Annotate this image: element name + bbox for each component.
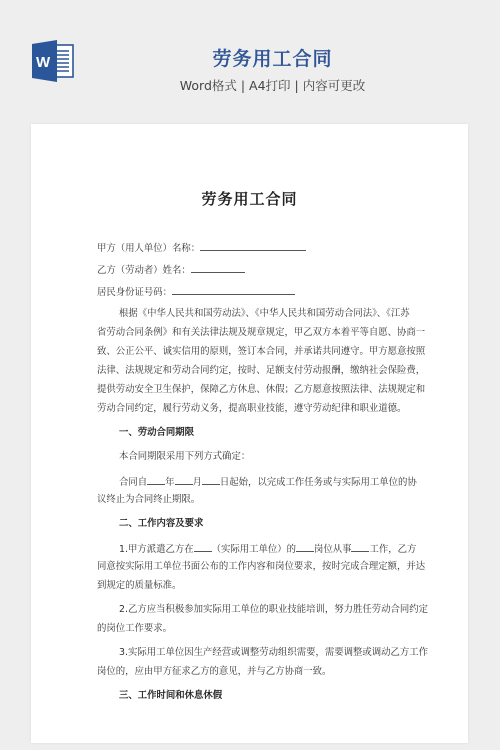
- item-line: 到规定的质量标准。: [97, 580, 181, 592]
- item-line: 3.实际用工单位因生产经营或调整劳动组织需要，需要调整或调动乙方工作: [119, 647, 428, 659]
- field-party-b: 乙方（劳动者）姓名：: [97, 263, 245, 277]
- party-a-name-blank[interactable]: [200, 241, 306, 251]
- field-label: 居民身份证号码：: [97, 287, 172, 298]
- section-heading: 一、劳动合同期限: [119, 427, 194, 439]
- item-line: 1.甲方派遣乙方在（实际用工单位）的岗位从事工作，乙方: [119, 542, 416, 556]
- preamble-line: 省劳动合同条例》和有关法律法规及规章规定，甲乙双方本着平等自愿、协商一: [97, 327, 425, 339]
- page-header: W 劳务用工合同 Word格式 | A4打印 | 内容可更改: [0, 0, 500, 120]
- preamble-line: 提供劳动安全卫生保护，保障乙方休息、休假；乙方愿意按照法律、法规规定和: [97, 384, 425, 396]
- section-heading: 三、工作时间和休息休假: [119, 690, 222, 702]
- document-page: 劳务用工合同 甲方（用人单位）名称： 乙方（劳动者）姓名： 居民身份证号码： 根…: [31, 124, 468, 743]
- id-number-blank[interactable]: [172, 285, 295, 295]
- section-text: 本合同期限采用下列方式确定：: [119, 451, 250, 463]
- employer-blank[interactable]: [194, 542, 212, 552]
- document-title: 劳务用工合同: [31, 188, 468, 209]
- field-label: 乙方（劳动者）姓名：: [97, 265, 191, 276]
- preamble-line: 劳动合同约定，履行劳动义务，提高职业技能，遵守劳动纪律和职业道德。: [97, 403, 406, 415]
- party-b-name-blank[interactable]: [191, 263, 245, 273]
- item-line: 2.乙方应当积极参加实际用工单位的职业技能培训，努力胜任劳动合同约定: [119, 604, 428, 616]
- item-line: 同意按实际用工单位书面公布的工作内容和岗位要求，按时完成合理定额，并达: [97, 561, 425, 573]
- section-heading: 二、工作内容及要求: [119, 518, 203, 530]
- item-line: 岗位的，应由甲方征求乙方的意见，并与乙方协商一致。: [97, 666, 331, 678]
- year-blank[interactable]: [147, 475, 165, 485]
- day-blank[interactable]: [202, 475, 220, 485]
- work-blank[interactable]: [351, 542, 369, 552]
- header-subtitle: Word格式 | A4打印 | 内容可更改: [0, 76, 500, 94]
- month-blank[interactable]: [175, 475, 193, 485]
- term-line: 合同自年月日起始，以完成工作任务或与实际用工单位的协: [119, 475, 417, 489]
- preamble-line: 法律、法规规定和劳动合同约定，按时、足额支付劳动报酬，缴纳社会保险费，: [97, 365, 425, 377]
- section-text: 议终止为合同终止期限。: [97, 494, 200, 506]
- position-blank[interactable]: [296, 542, 314, 552]
- field-label: 甲方（用人单位）名称：: [97, 243, 200, 254]
- header-title: 劳务用工合同: [0, 44, 500, 71]
- preamble-line: 致、公正公平、诚实信用的原则，签订本合同，并承诺共同遵守。甲方愿意按照: [97, 346, 425, 358]
- item-line: 的岗位工作要求。: [97, 623, 172, 635]
- field-id-number: 居民身份证号码：: [97, 285, 295, 299]
- field-party-a: 甲方（用人单位）名称：: [97, 241, 306, 255]
- preamble-line: 根据《中华人民共和国劳动法》、《中华人民共和国劳动合同法》、《江苏: [119, 308, 410, 320]
